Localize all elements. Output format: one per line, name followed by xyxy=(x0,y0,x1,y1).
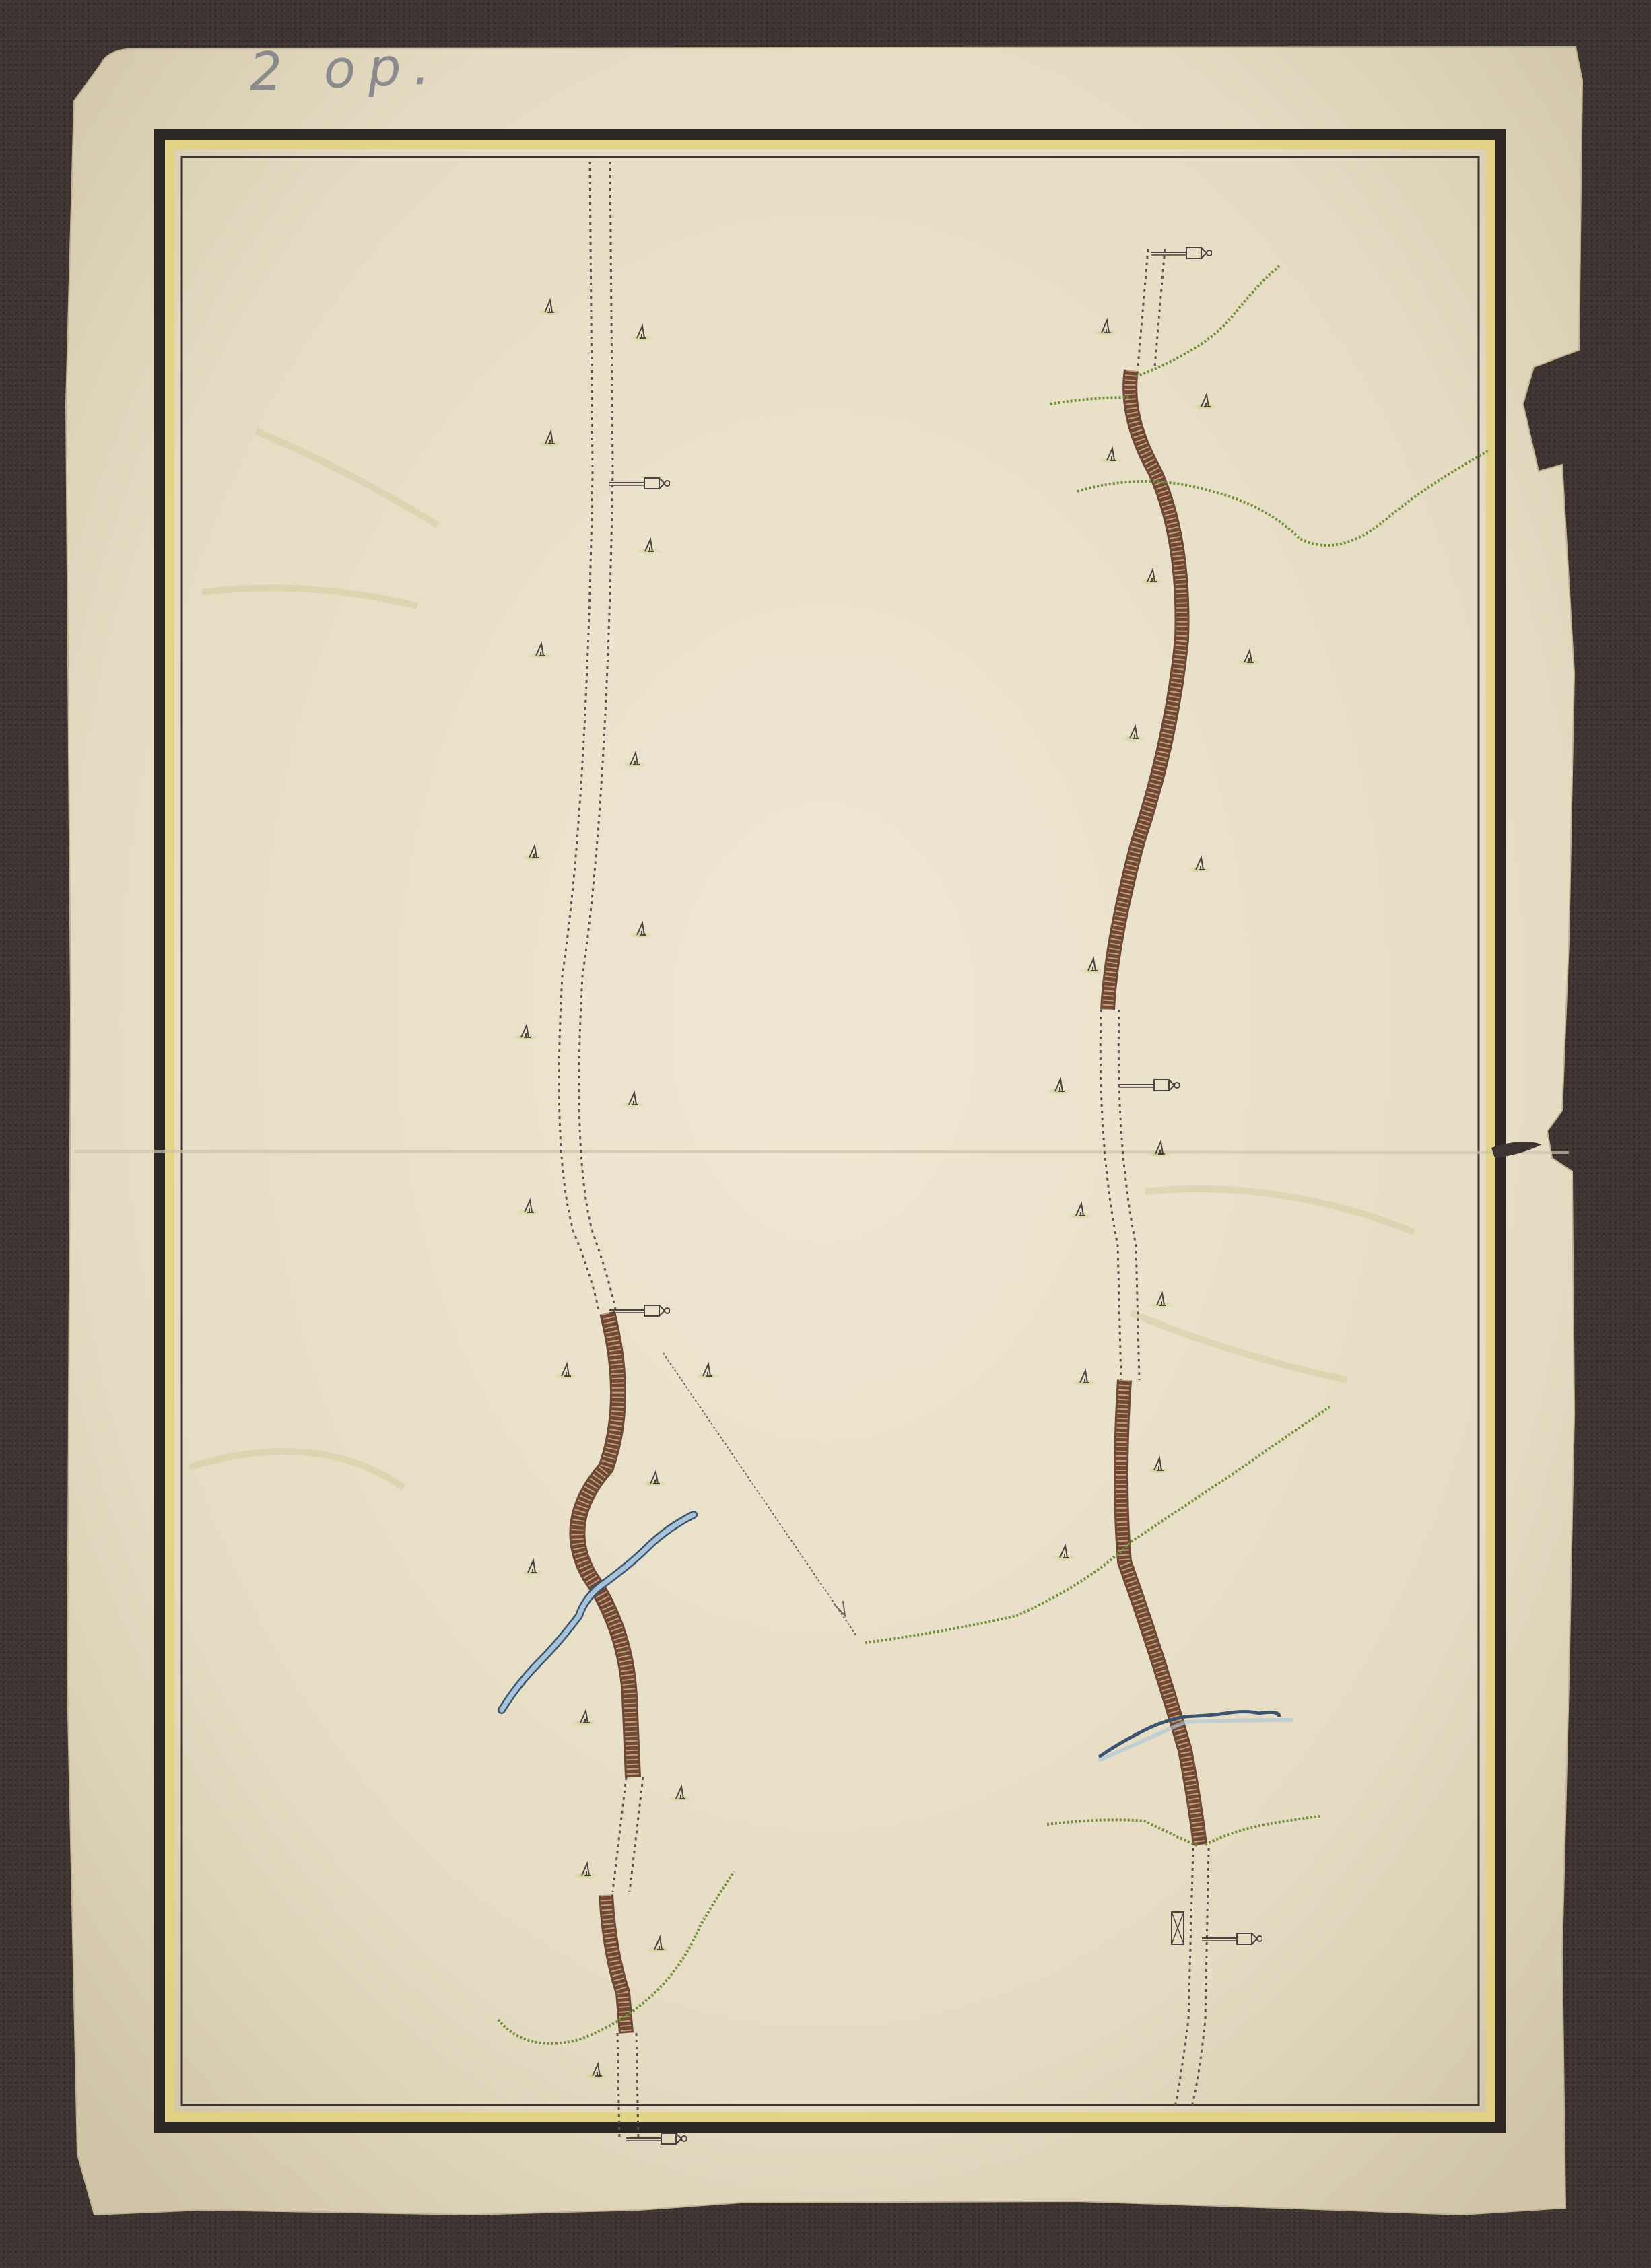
map-sheet: 2 op. xyxy=(0,0,1651,2268)
pencil-annotation: 2 op. xyxy=(248,36,443,103)
fold-line xyxy=(74,1151,1569,1153)
paper xyxy=(66,47,1582,2215)
map-drawing xyxy=(0,0,1651,2268)
